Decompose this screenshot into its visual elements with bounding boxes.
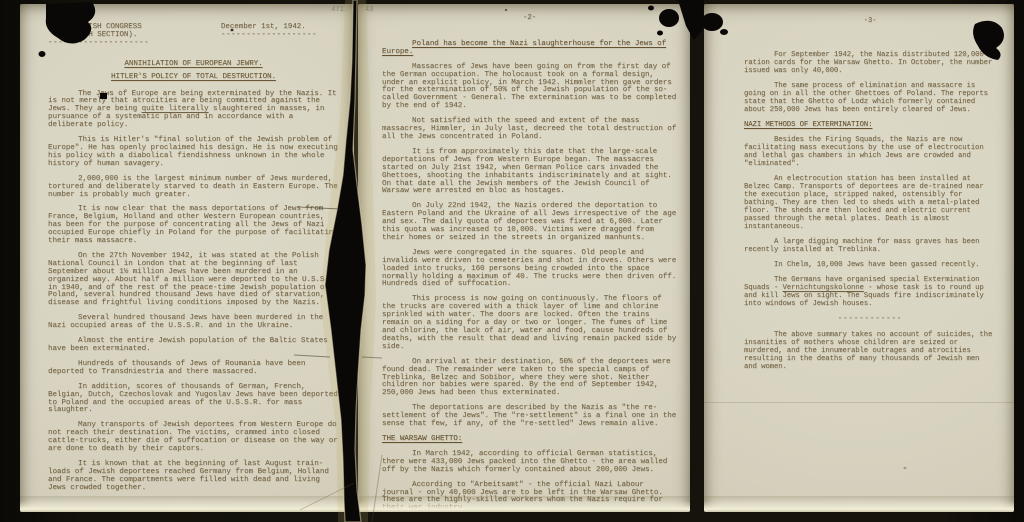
paragraph: 2,000,000 is the largest minimum number … [48, 176, 339, 200]
paragraph: A large digging machine for mass graves … [744, 238, 996, 254]
paragraph: It is known that at the beginning of las… [48, 461, 339, 493]
paragraph: The Jews of Europe are being exterminate… [48, 91, 339, 131]
paragraph: Besides the Firing Squads, the Nazis are… [744, 136, 996, 168]
paragraph: In Chelm, 10,000 Jews have been gassed r… [744, 261, 996, 269]
page-number: -2- [382, 15, 677, 23]
paragraph: Many transports of Jewish deportees from… [48, 422, 339, 454]
paragraph: The same process of elimination and mass… [744, 82, 996, 114]
pencil-mark: 43 [365, 6, 373, 14]
paragraph: In addition, scores of thousands of Germ… [48, 384, 339, 416]
section-heading: NAZI METHODS OF EXTERMINATION: [744, 121, 996, 129]
document-page-3: -3- For September 1942, the Nazis distri… [704, 4, 1014, 512]
paragraph: Hundreds of thousands of Jews of Roumani… [48, 361, 339, 377]
paragraph: For September 1942, the Nazis distribute… [744, 51, 996, 75]
paragraph: Several hundred thousand Jews have been … [48, 315, 339, 331]
typed-rule: ------------------- [221, 32, 317, 40]
page-number: -3- [744, 17, 996, 25]
document-title: ANNIHILATION OF EUROPEAN JEWRY. [48, 61, 339, 69]
section-heading: THE WARSAW GHETTO: [382, 436, 677, 444]
paragraph: Almost the entire Jewish population of t… [48, 338, 339, 354]
paragraph: It is now clear that the mass deportatio… [48, 206, 339, 246]
paragraph: On arrival at their destination, 50% of … [382, 359, 677, 399]
typed-rule: -------------------- [48, 40, 149, 48]
paragraph: On July 22nd 1942, the Nazis ordered the… [382, 203, 677, 243]
document-subtitle: HITLER'S POLICY OF TOTAL DESTRUCTION. [48, 74, 339, 82]
letterhead: WORLD JEWISH CONGRESS (BRITISH SECTION).… [48, 24, 339, 48]
page-3-body: For September 1942, the Nazis distribute… [744, 51, 996, 371]
paragraph: This is Hitler's "final solution of the … [48, 137, 339, 169]
paragraph: This process is now going on continuousl… [382, 296, 677, 351]
page-2-text: -2- Poland has become the Nazi slaughter… [382, 15, 677, 512]
page-2-body: Poland has become the Nazi slaughterhous… [382, 41, 677, 512]
paragraph: It is from approximately this date that … [382, 149, 677, 196]
document-page-2: -2- Poland has become the Nazi slaughter… [358, 4, 690, 512]
scan-background: WORLD JEWISH CONGRESS (BRITISH SECTION).… [0, 0, 1024, 522]
typed-divider: ------------ [744, 315, 996, 323]
paragraph: The deportations are described by the Na… [382, 405, 677, 429]
paragraph: Massacres of Jews have been going on fro… [382, 64, 677, 111]
pencil-mark: 471. [331, 6, 348, 14]
paragraph: Not satisfied with the speed and extent … [382, 118, 677, 142]
paragraph: According to "Arbeitsamt" - the official… [382, 482, 677, 512]
paragraph: The above summary takes no account of su… [744, 331, 996, 371]
organization-name: WORLD JEWISH CONGRESS (BRITISH SECTION).… [48, 24, 149, 48]
paragraph: The Germans have organised special Exter… [744, 276, 996, 308]
paragraph: An electrocution station has been instal… [744, 175, 996, 231]
document-page-1: WORLD JEWISH CONGRESS (BRITISH SECTION).… [20, 4, 354, 512]
paragraph: On the 27th November 1942, it was stated… [48, 253, 339, 308]
page-1-body: The Jews of Europe are being exterminate… [48, 91, 339, 493]
page-1-text: WORLD JEWISH CONGRESS (BRITISH SECTION).… [48, 24, 339, 500]
paragraph: In March 1942, according to official Ger… [382, 451, 677, 475]
page-3-text: -3- For September 1942, the Nazis distri… [744, 17, 996, 378]
paragraph: Jews were congregated in the squares. Ol… [382, 250, 677, 290]
fold-crease [704, 402, 1014, 403]
title-block: ANNIHILATION OF EUROPEAN JEWRY. HITLER'S… [48, 61, 339, 82]
section-heading: Poland has become the Nazi slaughterhous… [382, 41, 677, 57]
document-date: December 1st, 1942. ------------------- [221, 24, 317, 48]
